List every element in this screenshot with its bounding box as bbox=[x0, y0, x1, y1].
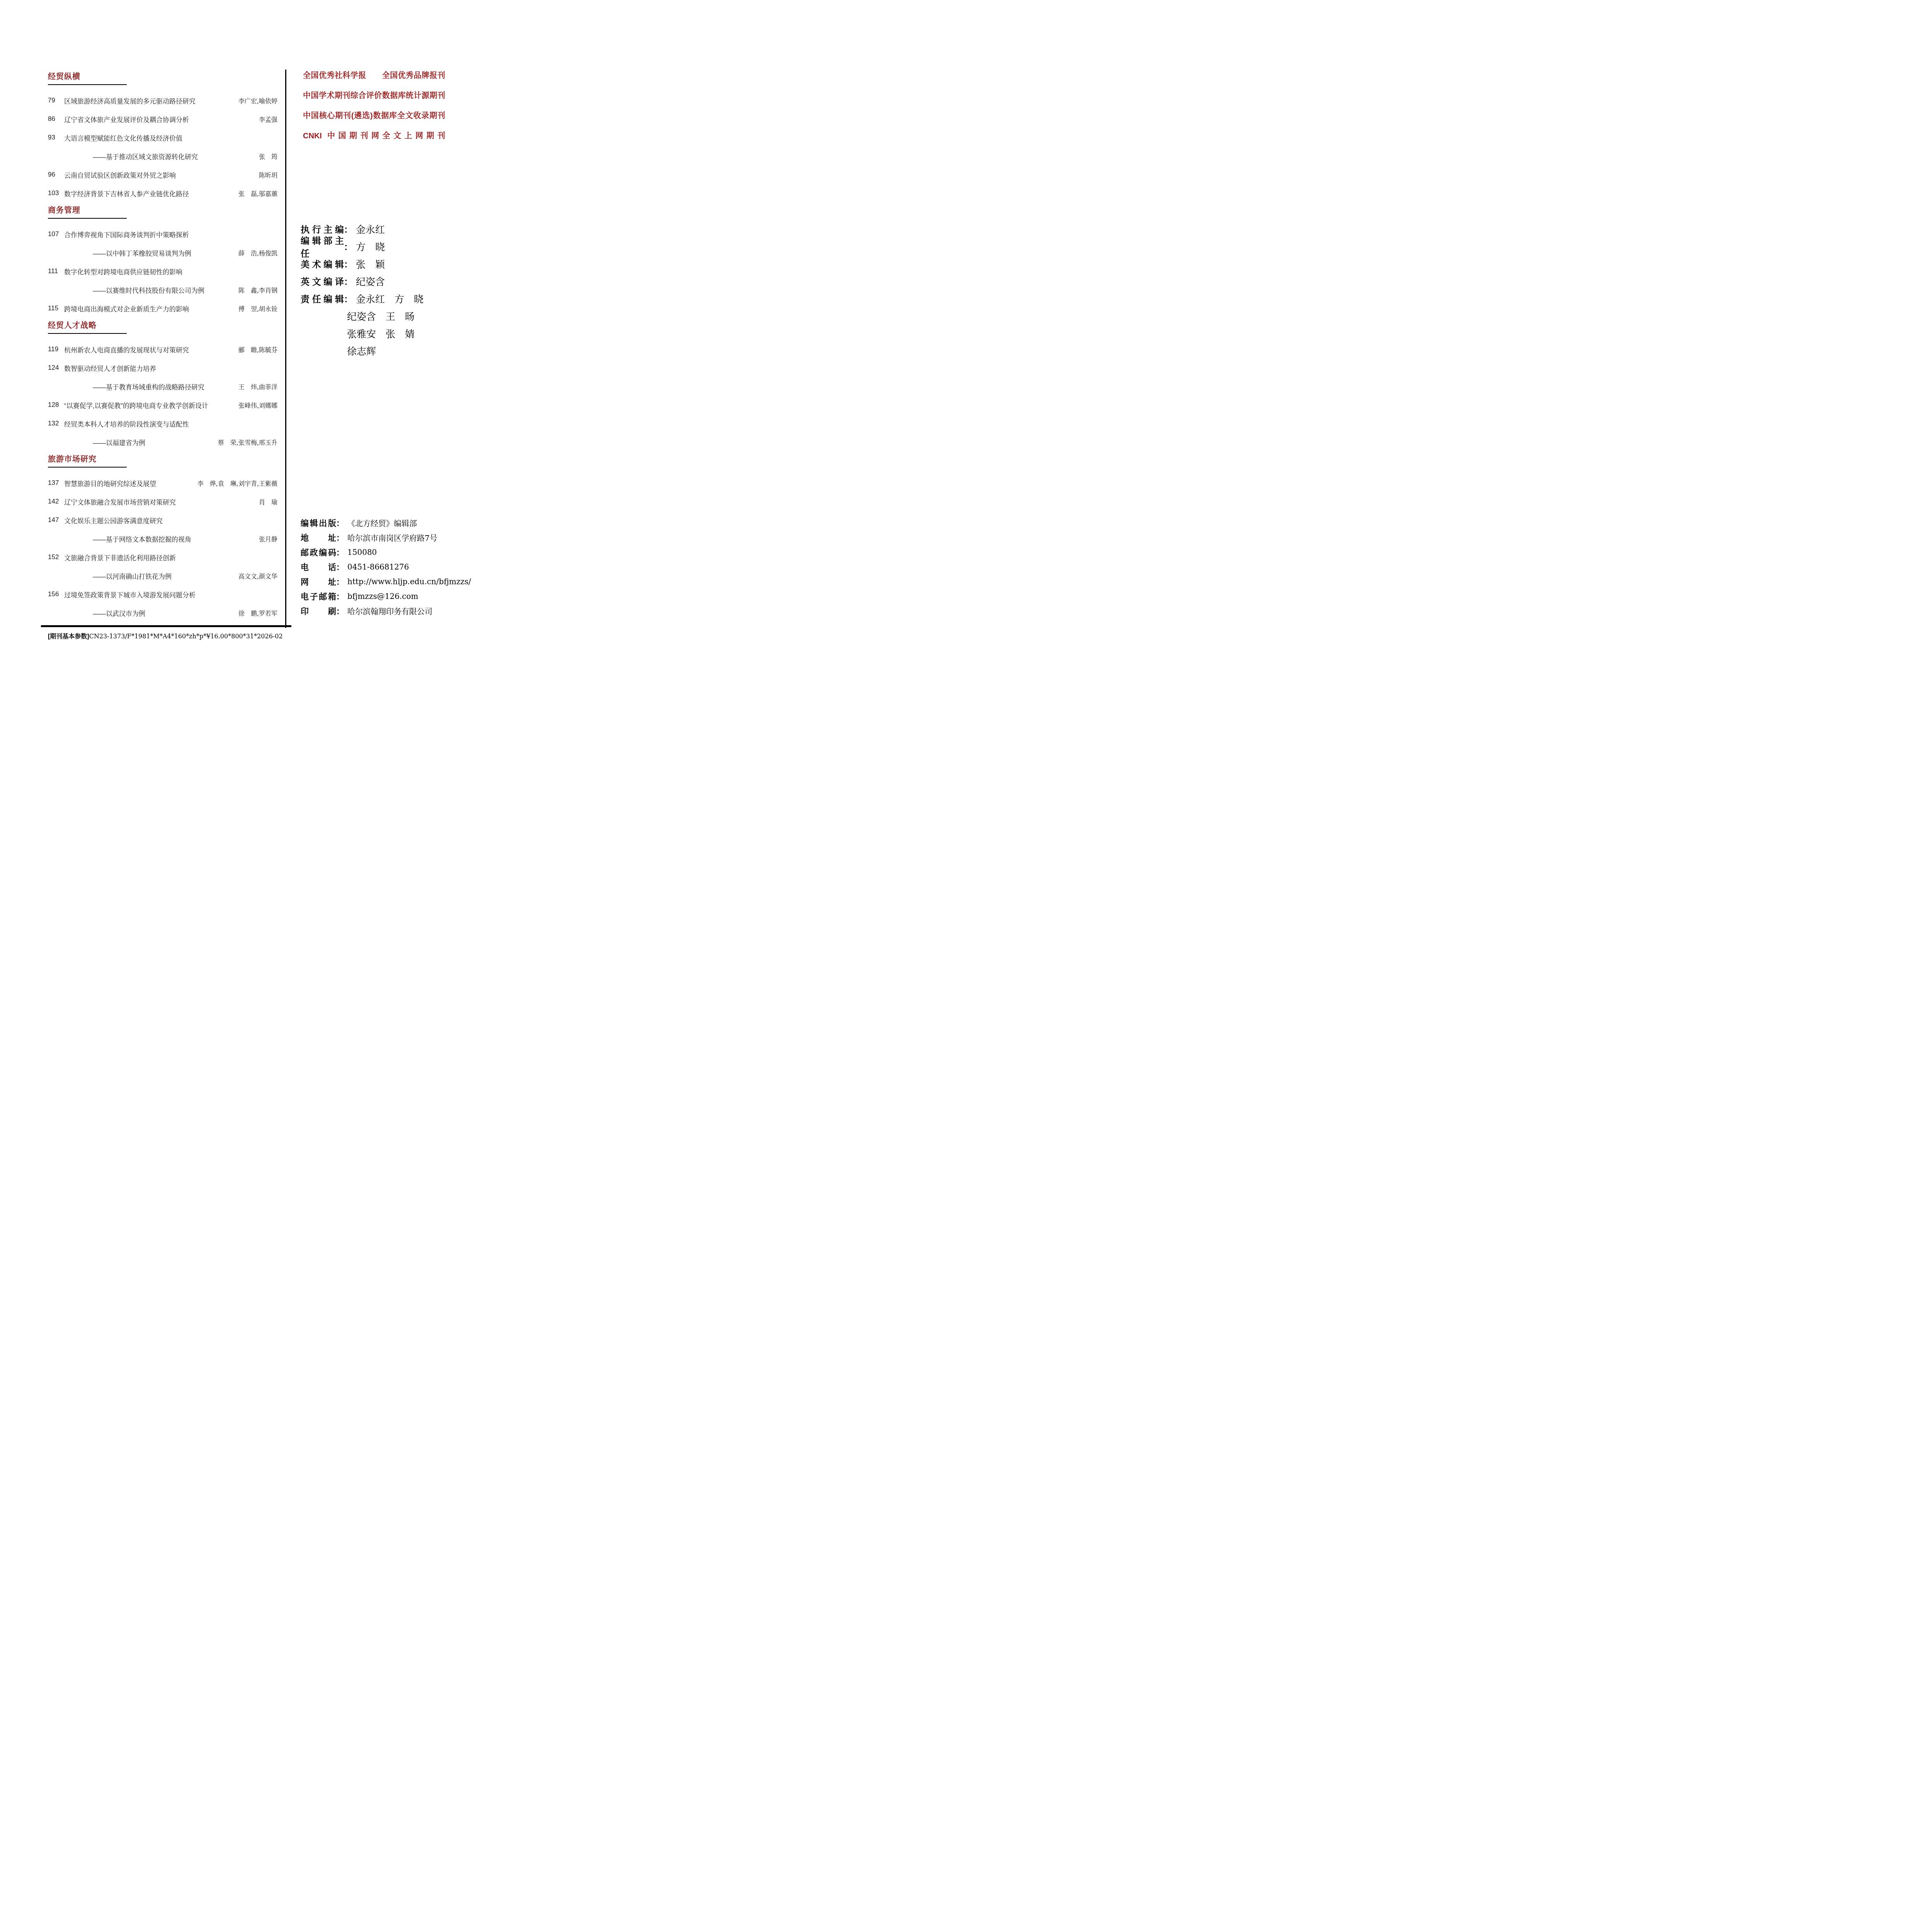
article-authors: 薛 浩,杨俊凯 bbox=[235, 248, 277, 257]
publisher-label: 电子邮箱 bbox=[301, 590, 336, 602]
article-title: 文旅融合背景下非遗活化利用路径创新 bbox=[64, 553, 274, 562]
article-title: 合作博弈视角下国际商务谈判折中策略探析 bbox=[64, 230, 274, 239]
staff-colon: ： bbox=[344, 275, 353, 287]
publisher-colon: ： bbox=[336, 532, 344, 543]
toc-row: 107 合作博弈视角下国际商务谈判折中策略探析 bbox=[48, 225, 277, 243]
page-number: 137 bbox=[48, 479, 64, 487]
section-header: 旅游市场研究 bbox=[48, 454, 277, 464]
toc-row: 124 数智驱动经贸人才创新能力培养 bbox=[48, 359, 277, 377]
article-authors: 陈昕玥 bbox=[255, 170, 277, 179]
toc-row: 115 跨境电商出海模式对企业新质生产力的影响 傅 翌,胡永铨 bbox=[48, 299, 277, 318]
staff-colon: ： bbox=[344, 257, 353, 270]
staff-row: 编辑部主任 ： 方 晓 bbox=[301, 238, 463, 255]
publisher-value: 哈尔滨市南岗区学府路7号 bbox=[347, 532, 437, 543]
article-authors: 李 烨,袁 琳,刘宇青,王紫薇 bbox=[194, 479, 277, 488]
toc-row: ——以武汉市为例 徐 鹏,罗若军 bbox=[48, 604, 277, 622]
publisher-value: 150080 bbox=[347, 548, 377, 557]
honor-line: 中国核心期刊(遴选)数据库全文收录期刊 bbox=[303, 106, 445, 126]
publisher-row: 电子邮箱 ： bfjmzzs@126.com bbox=[301, 589, 482, 604]
article-authors: 徐 鹏,罗若军 bbox=[235, 609, 277, 617]
section-header: 经贸人才战略 bbox=[48, 321, 277, 331]
article-title: 辽宁省文体旅产业发展评价及耦合协调分析 bbox=[64, 114, 255, 124]
staff-row: 纪姿含 王 旸 bbox=[301, 307, 463, 325]
publisher-row: 地址 ： 哈尔滨市南岗区学府路7号 bbox=[301, 530, 482, 545]
toc-section: 商务管理 107 合作博弈视角下国际商务谈判折中策略探析 ——以中韩丁苯橡胶贸易 bbox=[48, 206, 277, 318]
publisher-row: 电话 ： 0451-86681276 bbox=[301, 560, 482, 574]
publisher-value: 0451-86681276 bbox=[347, 562, 409, 571]
section-items: 119 杭州新农人电商直播的发展现状与对策研究 郦 瞻,陈毓芬 124 数智驱动… bbox=[48, 340, 277, 451]
publisher-row: 印刷 ： 哈尔滨翰翔印务有限公司 bbox=[301, 604, 482, 618]
toc-row: 119 杭州新农人电商直播的发展现状与对策研究 郦 瞻,陈毓芬 bbox=[48, 340, 277, 359]
article-authors: 李广宏,喻依婷 bbox=[235, 96, 277, 105]
staff-row: 英文编译 ： 纪姿含 bbox=[301, 272, 463, 290]
article-title: 经贸类本科人才培养的阶段性演变与适配性 bbox=[64, 419, 274, 429]
article-authors: 高文文,颜文华 bbox=[235, 571, 277, 580]
toc-row: ——以赛维时代科技股份有限公司为例 陈 鑫,李肖钢 bbox=[48, 281, 277, 299]
publisher-row: 邮政编码 ： 150080 bbox=[301, 545, 482, 560]
column-divider bbox=[285, 70, 286, 628]
toc-row: ——基于推动区域文旅资源转化研究 张 筠 bbox=[48, 147, 277, 165]
article-title: 大语言模型赋能红色文化传播及经济价值 bbox=[64, 133, 274, 143]
toc-row: ——基于教育场域重构的战略路径研究 王 炜,曲菲洋 bbox=[48, 377, 277, 396]
section-header: 商务管理 bbox=[48, 206, 277, 216]
toc-section: 旅游市场研究 137 智慧旅游目的地研究综述及展望 李 烨,袁 琳,刘宇青,王紫… bbox=[48, 454, 277, 622]
article-title: ——以福建省为例 bbox=[64, 437, 214, 447]
section-underline bbox=[48, 84, 127, 85]
page-number: 156 bbox=[48, 590, 64, 598]
publisher-row: 编辑出版 ： 《北方经贸》编辑部 bbox=[301, 515, 482, 530]
staff-colon: ： bbox=[344, 223, 353, 235]
page-number: 119 bbox=[48, 345, 64, 353]
article-title: 数字化转型对跨境电商供应链韧性的影响 bbox=[64, 267, 274, 276]
publisher-row: 网址 ： http://www.hljp.edu.cn/bfjmzzs/ bbox=[301, 574, 482, 589]
publisher-label: 地址 bbox=[301, 532, 336, 543]
toc-section: 经贸人才战略 119 杭州新农人电商直播的发展现状与对策研究 郦 瞻,陈毓芬 1… bbox=[48, 321, 277, 451]
toc-row: 152 文旅融合背景下非遗活化利用路径创新 bbox=[48, 548, 277, 566]
article-title: 跨境电商出海模式对企业新质生产力的影响 bbox=[64, 304, 235, 313]
toc-row: 156 过境免签政策背景下城市入境游发展问题分析 bbox=[48, 585, 277, 604]
section-items: 79 区域旅游经济高质量发展的多元驱动路径研究 李广宏,喻依婷 86 辽宁省文体… bbox=[48, 91, 277, 202]
section-underline bbox=[48, 218, 127, 219]
honor-line: 中国学术期刊综合评价数据库统计源期刊 bbox=[303, 86, 445, 106]
article-title: ——以中韩丁苯橡胶贸易谈判为例 bbox=[64, 248, 235, 258]
publisher-colon: ： bbox=[336, 605, 344, 617]
staff-value: 纪姿含 bbox=[356, 274, 385, 288]
publisher-colon: ： bbox=[336, 590, 344, 602]
article-title: 数智驱动经贸人才创新能力培养 bbox=[64, 363, 274, 373]
page-number: 132 bbox=[48, 420, 64, 427]
toc-row: 93 大语言模型赋能红色文化传播及经济价值 bbox=[48, 128, 277, 147]
article-title: 文化娱乐主题公园游客满意度研究 bbox=[64, 515, 274, 525]
toc-row: 96 云南自贸试验区创新政策对外贸之影响 陈昕玥 bbox=[48, 165, 277, 184]
article-authors: 傅 翌,胡永铨 bbox=[235, 304, 277, 313]
section-underline bbox=[48, 467, 127, 468]
staff-row: 责任编辑 ： 金永红 方 晓 bbox=[301, 290, 463, 307]
toc-row: ——以福建省为例 蔡 荣,张雪梅,邢玉升 bbox=[48, 433, 277, 451]
toc-row: 86 辽宁省文体旅产业发展评价及耦合协调分析 李孟强 bbox=[48, 110, 277, 128]
article-authors: 蔡 荣,张雪梅,邢玉升 bbox=[214, 438, 277, 447]
toc-section: 经贸纵横 79 区域旅游经济高质量发展的多元驱动路径研究 李广宏,喻依婷 86 … bbox=[48, 72, 277, 202]
publisher-label: 编辑出版 bbox=[301, 517, 336, 529]
article-title: ——以武汉市为例 bbox=[64, 608, 235, 618]
publisher-colon: ： bbox=[336, 561, 344, 573]
staff-colon: ： bbox=[344, 240, 353, 253]
toc-row: 142 辽宁文体旅融合发展市场营销对策研究 肖 瑜 bbox=[48, 492, 277, 511]
toc-row: 103 数字经济背景下吉林省人参产业链优化路径 张 磊,邬嘉蕙 bbox=[48, 184, 277, 202]
journal-toc-page: 经贸纵横 79 区域旅游经济高质量发展的多元驱动路径研究 李广宏,喻依婷 86 … bbox=[0, 0, 493, 691]
article-title: ——基于网络文本数据挖掘的视角 bbox=[64, 534, 255, 544]
honors-list: 全国优秀社科学报 全国优秀品牌报刊 中国学术期刊综合评价数据库统计源期刊 中国核… bbox=[303, 66, 445, 146]
page-number: 111 bbox=[48, 267, 64, 275]
page-number: 86 bbox=[48, 115, 64, 123]
page-number: 93 bbox=[48, 134, 64, 141]
staff-value: 金永红 bbox=[356, 222, 385, 236]
staff-value: 张雅安 张 婧 bbox=[347, 327, 415, 340]
staff-colon: ： bbox=[344, 292, 353, 305]
staff-value: 纪姿含 王 旸 bbox=[347, 309, 415, 323]
toc-column: 经贸纵横 79 区域旅游经济高质量发展的多元驱动路径研究 李广宏,喻依婷 86 … bbox=[48, 72, 277, 622]
section-items: 107 合作博弈视角下国际商务谈判折中策略探析 ——以中韩丁苯橡胶贸易谈判为例 … bbox=[48, 225, 277, 318]
article-authors: 王 炜,曲菲洋 bbox=[235, 382, 277, 391]
staff-value: 金永红 方 晓 bbox=[356, 292, 423, 306]
article-authors: 张 筠 bbox=[255, 152, 277, 161]
toc-row: 137 智慧旅游目的地研究综述及展望 李 烨,袁 琳,刘宇青,王紫薇 bbox=[48, 474, 277, 492]
article-authors: 郦 瞻,陈毓芬 bbox=[235, 345, 277, 354]
page-number: 115 bbox=[48, 304, 64, 312]
page-number: 152 bbox=[48, 553, 64, 561]
publisher-colon: ： bbox=[336, 517, 344, 529]
staff-label: 英文编译 bbox=[301, 275, 344, 287]
article-title: 云南自贸试验区创新政策对外贸之影响 bbox=[64, 170, 255, 180]
publisher-label: 网址 bbox=[301, 576, 336, 587]
article-title: ——基于教育场域重构的战略路径研究 bbox=[64, 382, 235, 391]
honor-line: 全国优秀社科学报 全国优秀品牌报刊 bbox=[303, 66, 445, 86]
publisher-label: 印刷 bbox=[301, 605, 336, 617]
section-underline bbox=[48, 333, 127, 334]
article-title: ——以河南确山打铁花为例 bbox=[64, 571, 235, 581]
article-title: 辽宁文体旅融合发展市场营销对策研究 bbox=[64, 497, 255, 507]
toc-row: 132 经贸类本科人才培养的阶段性演变与适配性 bbox=[48, 414, 277, 433]
publisher-value: 《北方经贸》编辑部 bbox=[347, 517, 417, 529]
honor-line: CNKI 中国期刊网全文上网期刊 bbox=[303, 126, 445, 146]
section-header: 经贸纵横 bbox=[48, 72, 277, 82]
page-number: 96 bbox=[48, 171, 64, 179]
page-number: 147 bbox=[48, 516, 64, 524]
params-value: CN23-1373/F*1981*M*A4*160*zh*p*¥16.00*80… bbox=[89, 633, 283, 640]
article-authors: 肖 瑜 bbox=[255, 497, 277, 506]
publisher-value: bfjmzzs@126.com bbox=[347, 592, 418, 601]
publisher-label: 电话 bbox=[301, 561, 336, 573]
staff-label: 责任编辑 bbox=[301, 292, 344, 305]
toc-row: 111 数字化转型对跨境电商供应链韧性的影响 bbox=[48, 262, 277, 281]
staff-label: 编辑部主任 bbox=[301, 234, 344, 259]
page-number: 79 bbox=[48, 97, 64, 104]
toc-row: 128 “以赛促学,以赛促教”的跨境电商专业教学创新设计 张峰伟,刘娜娜 bbox=[48, 396, 277, 414]
staff-value: 方 晓 bbox=[356, 240, 385, 253]
article-authors: 陈 鑫,李肖钢 bbox=[235, 286, 277, 294]
page-number: 124 bbox=[48, 364, 64, 372]
article-title: “以赛促学,以赛促教”的跨境电商专业教学创新设计 bbox=[64, 400, 235, 410]
toc-row: ——以河南确山打铁花为例 高文文,颜文华 bbox=[48, 566, 277, 585]
toc-row: 79 区域旅游经济高质量发展的多元驱动路径研究 李广宏,喻依婷 bbox=[48, 91, 277, 110]
staff-row: 美术编辑 ： 张 颖 bbox=[301, 255, 463, 272]
article-authors: 张峰伟,刘娜娜 bbox=[235, 401, 277, 410]
article-title: 区域旅游经济高质量发展的多元驱动路径研究 bbox=[64, 96, 235, 105]
journal-params: [期刊基本参数]CN23-1373/F*1981*M*A4*160*zh*p*¥… bbox=[48, 631, 283, 640]
article-authors: 李孟强 bbox=[255, 115, 277, 124]
publisher-block: 编辑出版 ： 《北方经贸》编辑部 地址 ： 哈尔滨市南岗区学府路7号 邮政编码 … bbox=[301, 515, 482, 618]
article-title: 智慧旅游目的地研究综述及展望 bbox=[64, 478, 194, 488]
section-items: 137 智慧旅游目的地研究综述及展望 李 烨,袁 琳,刘宇青,王紫薇 142 辽… bbox=[48, 474, 277, 622]
page-number: 103 bbox=[48, 189, 64, 197]
staff-row: 徐志辉 bbox=[301, 342, 463, 359]
staff-label: 美术编辑 bbox=[301, 257, 344, 270]
publisher-colon: ： bbox=[336, 576, 344, 587]
publisher-label: 邮政编码 bbox=[301, 546, 336, 558]
page-number: 142 bbox=[48, 498, 64, 505]
page-number: 107 bbox=[48, 230, 64, 238]
staff-value: 张 颖 bbox=[356, 257, 385, 271]
params-label: [期刊基本参数] bbox=[48, 631, 89, 640]
publisher-colon: ： bbox=[336, 546, 344, 558]
article-authors: 张 磊,邬嘉蕙 bbox=[235, 189, 277, 198]
article-title: ——以赛维时代科技股份有限公司为例 bbox=[64, 285, 235, 295]
toc-row: ——基于网络文本数据挖掘的视角 张月静 bbox=[48, 529, 277, 548]
bottom-rule bbox=[41, 625, 291, 627]
article-title: 杭州新农人电商直播的发展现状与对策研究 bbox=[64, 345, 235, 354]
staff-value: 徐志辉 bbox=[347, 344, 376, 358]
toc-row: 147 文化娱乐主题公园游客满意度研究 bbox=[48, 511, 277, 529]
toc-row: ——以中韩丁苯橡胶贸易谈判为例 薛 浩,杨俊凯 bbox=[48, 243, 277, 262]
article-title: 过境免签政策背景下城市入境游发展问题分析 bbox=[64, 590, 274, 599]
article-title: ——基于推动区域文旅资源转化研究 bbox=[64, 151, 255, 161]
publisher-value: 哈尔滨翰翔印务有限公司 bbox=[347, 605, 432, 617]
page-number: 128 bbox=[48, 401, 64, 409]
staff-block: 执行主编 ： 金永红 编辑部主任 ： 方 晓 美术编辑 ： 张 颖 英文编译 ：… bbox=[301, 220, 463, 359]
article-title: 数字经济背景下吉林省人参产业链优化路径 bbox=[64, 189, 235, 198]
article-authors: 张月静 bbox=[255, 534, 277, 543]
staff-row: 张雅安 张 婧 bbox=[301, 325, 463, 342]
publisher-value: http://www.hljp.edu.cn/bfjmzzs/ bbox=[347, 577, 471, 586]
